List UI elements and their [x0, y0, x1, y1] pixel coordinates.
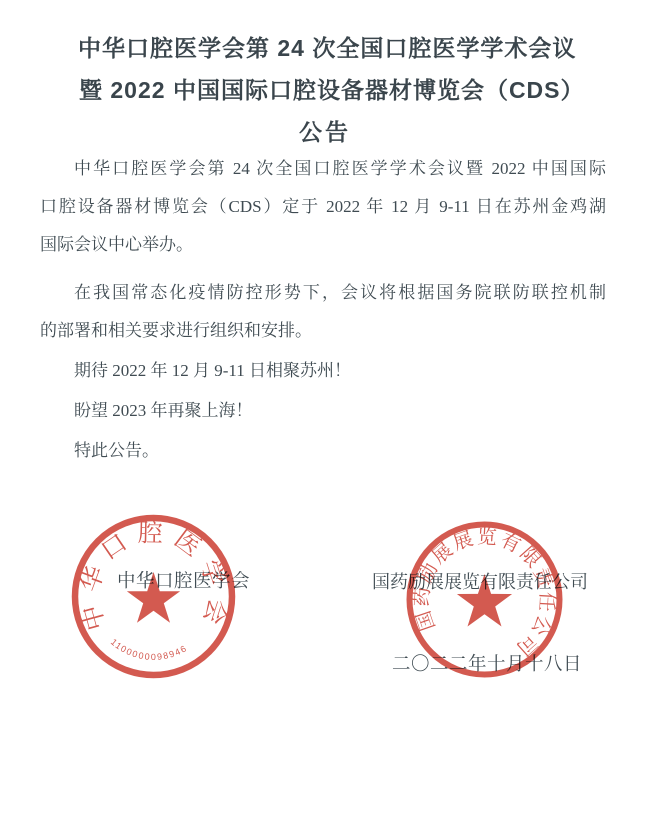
body-line: 口腔设备器材博览会（CDS）定于 2022 年 12 月 9-11 日在苏州金鸡… [40, 188, 606, 226]
signature-date: 二〇二二年十月十八日 [392, 650, 582, 676]
org-signature-left: 中华口腔医学会 [117, 567, 250, 593]
org-signature-right: 国药励展展览有限责任公司 [372, 568, 588, 594]
body-line: 的部署和相关要求进行组织和安排。 [40, 312, 606, 350]
document-page: 中华口腔医学会第 24 次全国口腔医学学术会议 暨 2022 中国国际口腔设备器… [0, 0, 650, 828]
body-line: 特此公告。 [40, 432, 606, 470]
document-title: 中华口腔医学会第 24 次全国口腔医学学术会议 暨 2022 中国国际口腔设备器… [0, 27, 650, 153]
body-line: 在我国常态化疫情防控形势下，会议将根据国务院联防联控机制 [40, 274, 606, 312]
body-line: 盼望 2023 年再聚上海！ [40, 392, 606, 430]
stamp-serial-number: 1100000098946 [109, 637, 189, 662]
title-line-1: 中华口腔医学会第 24 次全国口腔医学学术会议 [0, 27, 650, 69]
title-line-2: 暨 2022 中国国际口腔设备器材博览会（CDS） [0, 69, 650, 111]
body-paragraph: 在我国常态化疫情防控形势下，会议将根据国务院联防联控机制 的部署和相关要求进行组… [40, 274, 606, 350]
document-body: 中华口腔医学会第 24 次全国口腔医学学术会议暨 2022 中国国际 口腔设备器… [40, 150, 606, 470]
body-paragraph: 特此公告。 [40, 432, 606, 470]
body-line: 中华口腔医学会第 24 次全国口腔医学学术会议暨 2022 中国国际 [40, 150, 606, 188]
title-line-3: 公告 [0, 111, 650, 153]
body-line: 期待 2022 年 12 月 9-11 日相聚苏州！ [40, 352, 606, 390]
body-paragraph: 期待 2022 年 12 月 9-11 日相聚苏州！ [40, 352, 606, 390]
body-paragraph: 中华口腔医学会第 24 次全国口腔医学学术会议暨 2022 中国国际 口腔设备器… [40, 150, 606, 264]
stamp-left-seal: 中华口腔医学会 1100000098946 [68, 511, 239, 682]
body-paragraph: 盼望 2023 年再聚上海！ [40, 392, 606, 430]
body-line: 国际会议中心举办。 [40, 226, 606, 264]
stamp-ring [75, 518, 232, 675]
